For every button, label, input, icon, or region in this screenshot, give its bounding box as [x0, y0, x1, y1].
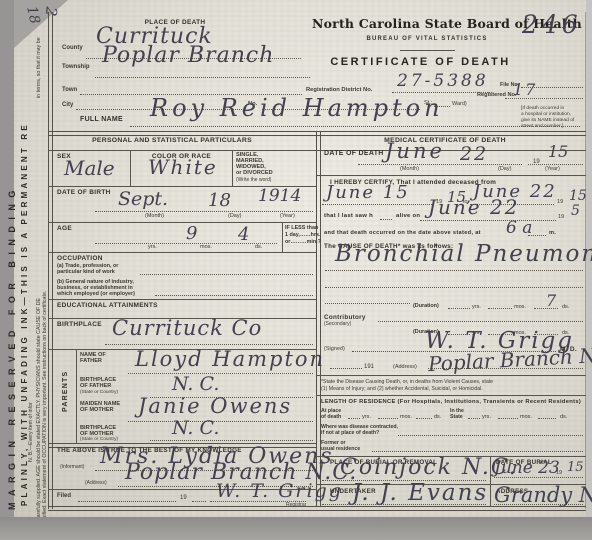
date-of-death-label: DATE OF DEATH: [324, 150, 384, 157]
in-state-mos-line: [498, 418, 518, 419]
death-time-line: [528, 235, 546, 236]
medical-section-title: MEDICAL CERTIFICATE OF DEATH: [330, 137, 560, 144]
corner-handwritten-mark: 18: [24, 5, 41, 25]
in-state-yrs: yrs.: [482, 414, 491, 420]
dod-line: [358, 164, 522, 165]
dob-line: [95, 211, 313, 212]
dod-year-caption: (Year): [545, 166, 560, 172]
town-label: Town: [62, 87, 77, 93]
education-label: EDUCATIONAL ATTAINMENTS: [57, 302, 158, 309]
death-m-label: m.: [549, 230, 556, 236]
margin-binding-text: MARGIN RESERVED FOR BINDING: [7, 184, 17, 510]
dob-day-value: 18: [208, 192, 231, 210]
alive-on-label: alive on: [396, 213, 420, 219]
age-yrs-unit: yrs.: [148, 244, 157, 250]
dod-month-value: June: [385, 141, 445, 162]
last-saw-blank: [380, 219, 392, 220]
age-mos-unit: mos.: [200, 244, 212, 250]
hospital-note-line3: give its NAME instead of: [521, 118, 574, 123]
attended-from-line: [322, 204, 432, 205]
hospital-note-line1: [If death occurred in: [521, 106, 564, 111]
at-place-ds-line: [416, 418, 432, 419]
occupation-b-line3: which employed (or employer): [57, 291, 135, 297]
residence-title: LENGTH OF RESIDENCE (For Hospitals, Inst…: [321, 399, 581, 405]
contributory-label: Contributory: [324, 314, 366, 321]
personal-section-title: PERSONAL AND STATISTICAL PARTICULARS: [52, 137, 292, 144]
cause-duration-label: (Duration): [413, 303, 439, 309]
full-name-line: [130, 126, 580, 127]
occupation-label: OCCUPATION: [57, 255, 103, 262]
mother-name-label-2: OF MOTHER: [80, 407, 114, 413]
city-label: City: [62, 102, 73, 108]
dod-year-line: [528, 164, 583, 165]
full-name-label: FULL NAME: [80, 116, 123, 123]
filed-line: [78, 501, 176, 502]
filed-19-label: 19: [180, 495, 187, 501]
father-birthplace-label-2: OF FATHER: [80, 383, 111, 389]
mother-name-value: Janie Owens: [138, 396, 292, 417]
contracted-line: [398, 435, 583, 436]
if-less-label-3: or………min.?: [285, 239, 321, 245]
to-19-prefix: 19: [557, 199, 563, 205]
dod-year-value: 15: [548, 144, 568, 160]
dob-year-caption: (Year): [280, 213, 295, 219]
lastsaw-19-prefix: 19: [558, 214, 564, 220]
former-label-2: usual residence: [321, 446, 360, 452]
burial-date-value: June 23: [494, 460, 560, 477]
informant-address-label: (Address): [85, 480, 107, 486]
birthplace-label: BIRTHPLACE: [57, 321, 102, 328]
mother-name-line: [128, 421, 313, 422]
at-place-yrs: yrs.: [362, 414, 371, 420]
contributory-line: [378, 321, 583, 322]
cause-duration-days-value: 7: [546, 293, 556, 309]
cause-duration-ds: ds.: [562, 304, 569, 310]
footnote-bottom-line: [316, 395, 586, 396]
form-left-border: [48, 12, 53, 509]
date-191-line: [330, 368, 362, 369]
board-title: North Carolina State Board of Health: [312, 16, 542, 31]
burial-place-value: Coinjock N.C.: [340, 457, 518, 479]
mother-birthplace-line: [150, 440, 313, 441]
physician-address-label: (Address): [393, 364, 417, 370]
contracted-label-2: if not at place of death?: [321, 430, 379, 436]
cause-line-1: [325, 270, 583, 271]
margin-nb-note: N. B.—Every item of infor: [28, 402, 34, 462]
last-saw-label: that I last saw h: [324, 213, 373, 219]
dod-month-caption: (Month): [400, 166, 419, 172]
sex-race-divider: [130, 150, 131, 186]
dob-day-caption: (Day): [228, 213, 241, 219]
physician-address-line: [428, 368, 583, 369]
dod-day-caption: (Day): [498, 166, 511, 172]
bureau-underline: [400, 50, 455, 51]
township-label: Township: [62, 64, 90, 70]
marital-label-4: or DIVORCED: [236, 170, 273, 176]
cause-line-2: [325, 287, 583, 288]
at-place-label-2: of death: [321, 414, 341, 420]
occupation-a-line2: particular kind of work: [57, 269, 115, 275]
if-less-label-1: IF LESS than: [285, 225, 318, 231]
footnote-line2: (1) Means of Injury; and (2) whether Acc…: [321, 386, 483, 392]
parents-cell-divider: [76, 349, 77, 443]
father-name-label-2: FATHER: [80, 358, 102, 364]
township-value: Poplar Branch: [102, 45, 274, 67]
undertaker-value: J. J. Evans: [352, 482, 488, 505]
secondary-label: (Secondary): [324, 321, 351, 327]
undertaker-address-value: Grandy N.C.: [494, 485, 592, 506]
cause-duration-yrs: yrs.: [472, 304, 481, 310]
birthplace-line: [105, 344, 313, 345]
marital-hint: (Write the word): [236, 177, 271, 183]
former-line: [372, 451, 583, 452]
cause-duration-ds-line: [534, 308, 558, 309]
registration-district-label: Registration District No.: [306, 87, 372, 93]
dod-bottom-line: [316, 175, 586, 176]
scan-bottom-edge: [0, 517, 592, 540]
age-ifless-divider: [282, 222, 283, 252]
at-place-yrs-line: [348, 418, 360, 419]
registration-district-value: 27-5388: [397, 73, 489, 90]
in-state-label-2: State: [450, 414, 463, 420]
age-months-value: 9: [186, 225, 197, 243]
date-191-label: 191: [364, 364, 374, 370]
last-saw-line: [420, 220, 556, 221]
burial-date-line: [494, 477, 583, 478]
father-name-line: [128, 373, 313, 374]
registrar-label: Registrar: [286, 502, 306, 508]
cause-line-3: [325, 303, 410, 304]
death-occurred-label: and that death occurred on the date abov…: [324, 230, 481, 236]
filed-label: Filed: [57, 493, 71, 499]
in-state-ds: ds.: [560, 414, 567, 420]
signed-label: (Signed): [324, 346, 345, 352]
hospital-note-line2: a hospital or institution,: [521, 112, 571, 117]
date-of-birth-label: DATE OF BIRTH: [57, 189, 111, 196]
burial-date-year: 15: [567, 461, 584, 474]
cause-duration-mos: mos.: [514, 304, 526, 310]
age-ds-unit: ds.: [255, 244, 262, 250]
mother-birthplace-value: N. C.: [172, 419, 219, 438]
township-line: [95, 77, 310, 78]
cause-duration-mos-line: [488, 308, 512, 309]
cause-duration-yrs-line: [448, 308, 470, 309]
margin-terms-note: in terms, so that it may be: [36, 37, 42, 98]
undertaker-line: [322, 504, 486, 505]
occupation-b-line: [155, 295, 313, 296]
registered-no-value: 17: [513, 82, 537, 98]
parents-label: PARENTS: [62, 371, 69, 412]
occupation-a-line: [140, 274, 313, 275]
father-name-value: Lloyd Hampton: [135, 349, 325, 370]
if-less-label-2: 1 day,……hrs.: [285, 232, 321, 238]
father-birthplace-value: N. C.: [172, 375, 219, 394]
ward-label: Ward): [452, 101, 467, 107]
row3-bottom-line: [48, 252, 316, 253]
last-saw-year: 5: [571, 204, 580, 218]
certificate-title: CERTIFICATE OF DEATH: [328, 56, 513, 68]
at-place-ds: ds.: [434, 414, 441, 420]
cause-of-death-value: Bronchial Pneumonia: [335, 243, 592, 266]
county-label: County: [62, 45, 83, 51]
certificate-number: 246: [522, 12, 582, 37]
age-label: AGE: [57, 225, 72, 232]
burial-19-prefix: 19: [556, 470, 562, 476]
attended-to-year: 15: [569, 189, 587, 203]
row2-bottom-line: [48, 222, 316, 223]
dob-month-caption: (Month): [145, 213, 164, 219]
in-state-mos: mos.: [520, 414, 532, 420]
dob-month-value: Sept.: [118, 190, 168, 209]
registered-no-line: [505, 98, 583, 99]
color-race-value: White: [148, 157, 218, 177]
bureau-subtitle: BUREAU OF VITAL STATISTICS: [312, 36, 542, 42]
birthplace-value: Currituck Co: [112, 318, 262, 339]
in-state-yrs-line: [468, 418, 480, 419]
undertaker-address-line: [494, 504, 583, 505]
informant-label: (Informant): [60, 464, 84, 470]
dod-day-value: 22: [460, 145, 488, 164]
father-birthplace-caption: (State or Country): [80, 390, 118, 395]
at-place-mos-line: [378, 418, 398, 419]
mother-birthplace-caption: (State or Country): [80, 437, 118, 442]
age-days-value: 4: [238, 226, 249, 244]
in-state-ds-line: [538, 418, 556, 419]
attended-from-value: June 15: [326, 184, 410, 202]
scan-right-edge: [586, 0, 592, 540]
sex-value: Male: [64, 158, 115, 178]
death-certificate-scan: MARGIN RESERVED FOR BINDING PLAINLY, WIT…: [0, 0, 592, 540]
last-saw-value: June 22: [428, 197, 519, 217]
footnote-line1: *State the Disease Causing Death, or, in…: [321, 379, 493, 385]
signed-bottom-line: [316, 375, 586, 376]
race-marital-divider: [232, 150, 233, 186]
row4-bottom-line: [48, 299, 316, 300]
at-place-mos: mos.: [400, 414, 412, 420]
dob-year-value: 1914: [258, 188, 301, 205]
filed-19-line: [192, 501, 206, 502]
full-name-value: Roy Reid Hampton: [150, 96, 444, 120]
